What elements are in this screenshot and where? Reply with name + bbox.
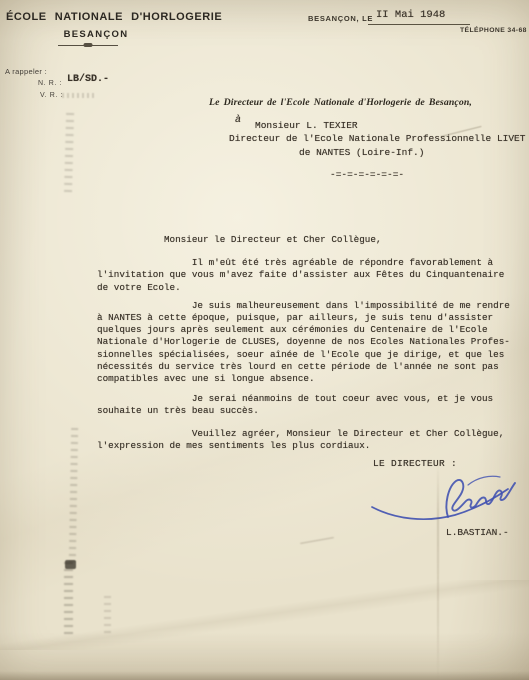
body-line: nécessités du service très lourd en cett… <box>97 361 510 373</box>
ink-smudge <box>69 428 78 562</box>
recipient-title: Directeur de l'Ecole Nationale Professio… <box>229 133 525 144</box>
body-line: compatibles avec une si longue absence. <box>97 373 510 385</box>
header-divider-ornament <box>58 45 118 46</box>
letter-body: Monsieur le Directeur et Cher Collègue, … <box>97 234 510 452</box>
school-name: ÉCOLE NATIONALE D'HORLOGERIE <box>6 11 222 23</box>
body-line: quelques jours après seulement aux cérém… <box>97 324 510 336</box>
recipient-city: de NANTES (Loire-Inf.) <box>299 147 424 158</box>
body-line: l'expression de mes sentiments les plus … <box>97 440 510 452</box>
recipient-prefix: à <box>235 115 241 126</box>
place-date-label: BESANÇON, LE <box>308 14 373 23</box>
handwritten-signature <box>350 467 520 529</box>
pencil-mark <box>300 537 334 544</box>
nr-value: LB/SD.- <box>67 74 109 85</box>
signed-name-typed: L.BASTIAN.- <box>446 527 509 538</box>
faded-ink-traces <box>62 93 96 98</box>
recipient-separator: -=-=-=-=-=-=- <box>330 169 404 180</box>
vr-label: V. R. : <box>40 92 63 99</box>
paragraph: Veuillez agréer, Monsieur le Directeur e… <box>97 428 510 452</box>
letter-page: ÉCOLE NATIONALE D'HORLOGERIE BESANÇON BE… <box>0 0 529 680</box>
body-line: souhaite un très beau succès. <box>97 405 510 417</box>
recipient-name: Monsieur L. TEXIER <box>255 120 358 131</box>
paragraph: Je suis malheureusement dans l'impossibi… <box>97 300 510 385</box>
recall-label: A rappeler : <box>5 67 47 76</box>
school-city: BESANÇON <box>6 29 186 40</box>
body-line: de votre Ecole. <box>97 282 510 294</box>
ink-smudge <box>64 113 74 197</box>
paper-crease <box>0 580 529 650</box>
typed-date: II Mai 1948 <box>376 9 445 21</box>
body-line: Veuillez agréer, Monsieur le Directeur e… <box>97 428 510 440</box>
scan-edge-shadow <box>0 671 529 680</box>
body-line: sionnelles spécialisées, soeur aînée de … <box>97 349 510 361</box>
salutation-paragraph: Monsieur le Directeur et Cher Collègue, <box>97 234 510 246</box>
body-line: Monsieur le Directeur et Cher Collègue, <box>97 234 510 246</box>
body-line: Je serai néanmoins de tout coeur avec vo… <box>97 393 510 405</box>
paragraph: Je serai néanmoins de tout coeur avec vo… <box>97 393 510 417</box>
ink-blot <box>65 560 76 569</box>
sender-line: Le Directeur de l'Ecole Nationale d'Horl… <box>209 97 472 108</box>
body-line: Je suis malheureusement dans l'impossibi… <box>97 300 510 312</box>
date-underline <box>368 24 470 25</box>
telephone-label: TÉLÉPHONE 34-68 <box>460 27 527 34</box>
nr-label: N. R. : <box>38 80 62 87</box>
body-line: l'invitation que vous m'avez faite d'ass… <box>97 269 510 281</box>
body-line: Nationale d'Horlogerie de CLUSES, doyenn… <box>97 336 510 348</box>
body-line: à NANTES à cette époque, puisque, par ai… <box>97 312 510 324</box>
paragraph: Il m'eût été très agréable de répondre f… <box>97 257 510 294</box>
body-line: Il m'eût été très agréable de répondre f… <box>97 257 510 269</box>
